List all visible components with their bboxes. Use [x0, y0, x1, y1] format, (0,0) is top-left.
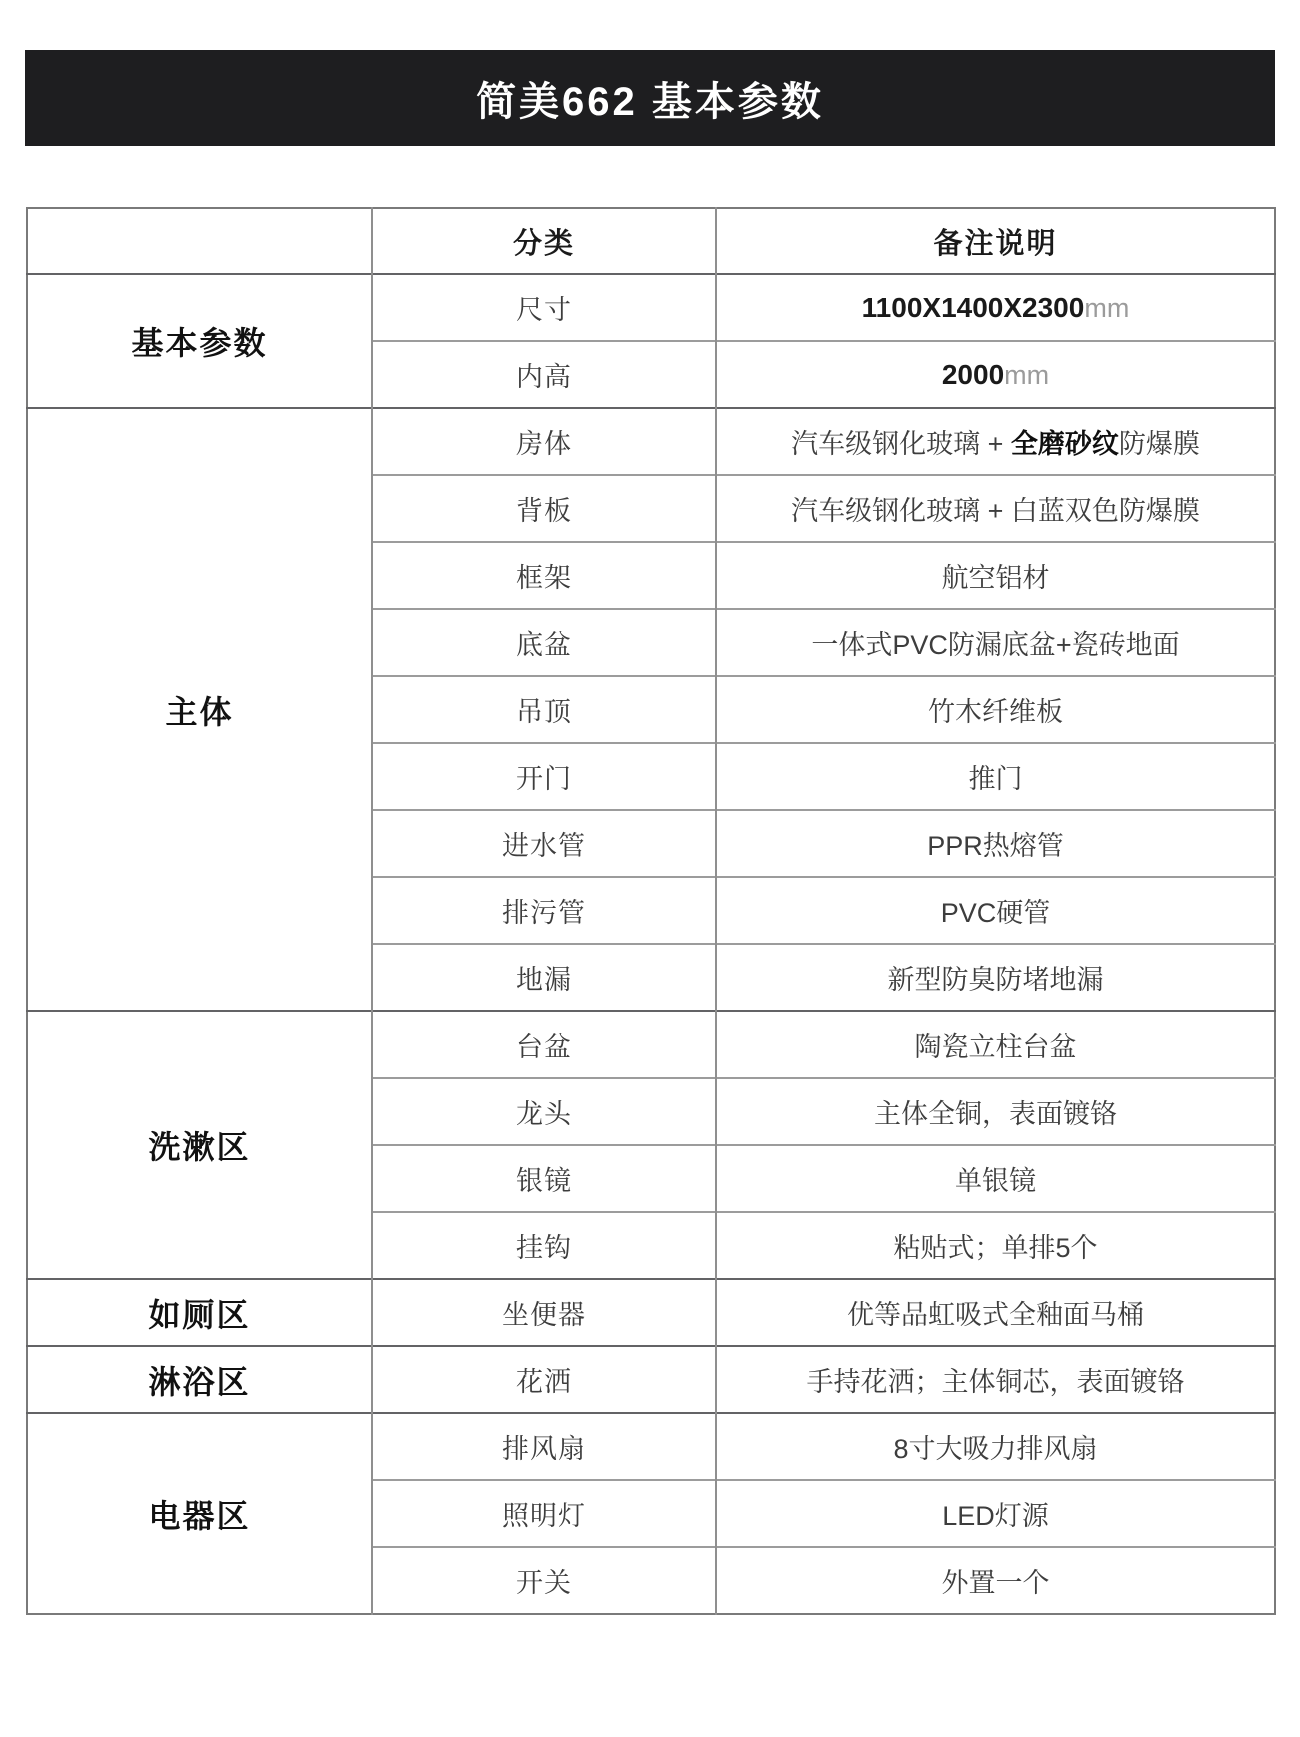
row-value: 航空铝材: [716, 542, 1275, 609]
row-value: 2000mm: [716, 341, 1275, 408]
row-label: 底盆: [372, 609, 716, 676]
row-value: 粘贴式；单排5个: [716, 1212, 1275, 1279]
table-row: 电器区 排风扇 8寸大吸力排风扇: [27, 1413, 1275, 1480]
row-label: 排污管: [372, 877, 716, 944]
table-row: 淋浴区 花洒 手持花洒；主体铜芯，表面镀铬: [27, 1346, 1275, 1413]
row-label: 台盆: [372, 1011, 716, 1078]
row-label: 开关: [372, 1547, 716, 1614]
row-value: 汽车级钢化玻璃 + 白蓝双色防爆膜: [716, 475, 1275, 542]
group-cell-washing-area: 洗漱区: [27, 1011, 372, 1279]
group-cell-toilet-area: 如厕区: [27, 1279, 372, 1346]
height-value: 2000: [942, 359, 1004, 390]
table-row: 如厕区 坐便器 优等品虹吸式全釉面马桶: [27, 1279, 1275, 1346]
row-value: 手持花洒；主体铜芯，表面镀铬: [716, 1346, 1275, 1413]
table-row: 基本参数 尺寸 1100X1400X2300mm: [27, 274, 1275, 341]
row-value: 一体式PVC防漏底盆+瓷砖地面: [716, 609, 1275, 676]
row-label: 照明灯: [372, 1480, 716, 1547]
spec-table: 分类 备注说明 基本参数 尺寸 1100X1400X2300mm 内高 2000…: [26, 207, 1276, 1615]
row-label: 开门: [372, 743, 716, 810]
row-label: 进水管: [372, 810, 716, 877]
row-value: 优等品虹吸式全釉面马桶: [716, 1279, 1275, 1346]
group-cell-shower-area: 淋浴区: [27, 1346, 372, 1413]
row-value: 1100X1400X2300mm: [716, 274, 1275, 341]
row-value: 外置一个: [716, 1547, 1275, 1614]
row-label: 挂钩: [372, 1212, 716, 1279]
row-label: 地漏: [372, 944, 716, 1011]
title-banner: 简美662 基本参数: [25, 50, 1275, 146]
table-row: 洗漱区 台盆 陶瓷立柱台盆: [27, 1011, 1275, 1078]
row-value: 竹木纤维板: [716, 676, 1275, 743]
group-cell-electrical-area: 电器区: [27, 1413, 372, 1614]
row-label: 房体: [372, 408, 716, 475]
header-col-group: [27, 208, 372, 274]
dimension-value: 1100X1400X2300: [862, 292, 1085, 323]
row-label: 背板: [372, 475, 716, 542]
row-label: 吊顶: [372, 676, 716, 743]
group-cell-main-body: 主体: [27, 408, 372, 1011]
table-row: 主体 房体 汽车级钢化玻璃 + 全磨砂纹防爆膜: [27, 408, 1275, 475]
row-label: 花洒: [372, 1346, 716, 1413]
row-label: 坐便器: [372, 1279, 716, 1346]
row-value: 单银镜: [716, 1145, 1275, 1212]
row-value: 推门: [716, 743, 1275, 810]
value-suffix: 防爆膜: [1119, 429, 1200, 459]
height-unit: mm: [1004, 360, 1049, 390]
page-title: 简美662 基本参数: [476, 70, 824, 127]
row-value: PVC硬管: [716, 877, 1275, 944]
group-cell-basic-params: 基本参数: [27, 274, 372, 408]
row-value: 主体全铜，表面镀铬: [716, 1078, 1275, 1145]
row-label: 排风扇: [372, 1413, 716, 1480]
row-value: LED灯源: [716, 1480, 1275, 1547]
row-value: 汽车级钢化玻璃 + 全磨砂纹防爆膜: [716, 408, 1275, 475]
row-label: 内高: [372, 341, 716, 408]
header-col-category: 分类: [372, 208, 716, 274]
row-label: 银镜: [372, 1145, 716, 1212]
header-row: 分类 备注说明: [27, 208, 1275, 274]
row-value: PPR热熔管: [716, 810, 1275, 877]
value-bold-segment: 全磨砂纹: [1011, 429, 1119, 459]
header-col-remarks: 备注说明: [716, 208, 1275, 274]
value-prefix: 汽车级钢化玻璃 +: [791, 429, 1011, 459]
dimension-unit: mm: [1084, 293, 1129, 323]
row-value: 新型防臭防堵地漏: [716, 944, 1275, 1011]
row-value: 8寸大吸力排风扇: [716, 1413, 1275, 1480]
row-value: 陶瓷立柱台盆: [716, 1011, 1275, 1078]
row-label: 龙头: [372, 1078, 716, 1145]
row-label: 框架: [372, 542, 716, 609]
row-label: 尺寸: [372, 274, 716, 341]
